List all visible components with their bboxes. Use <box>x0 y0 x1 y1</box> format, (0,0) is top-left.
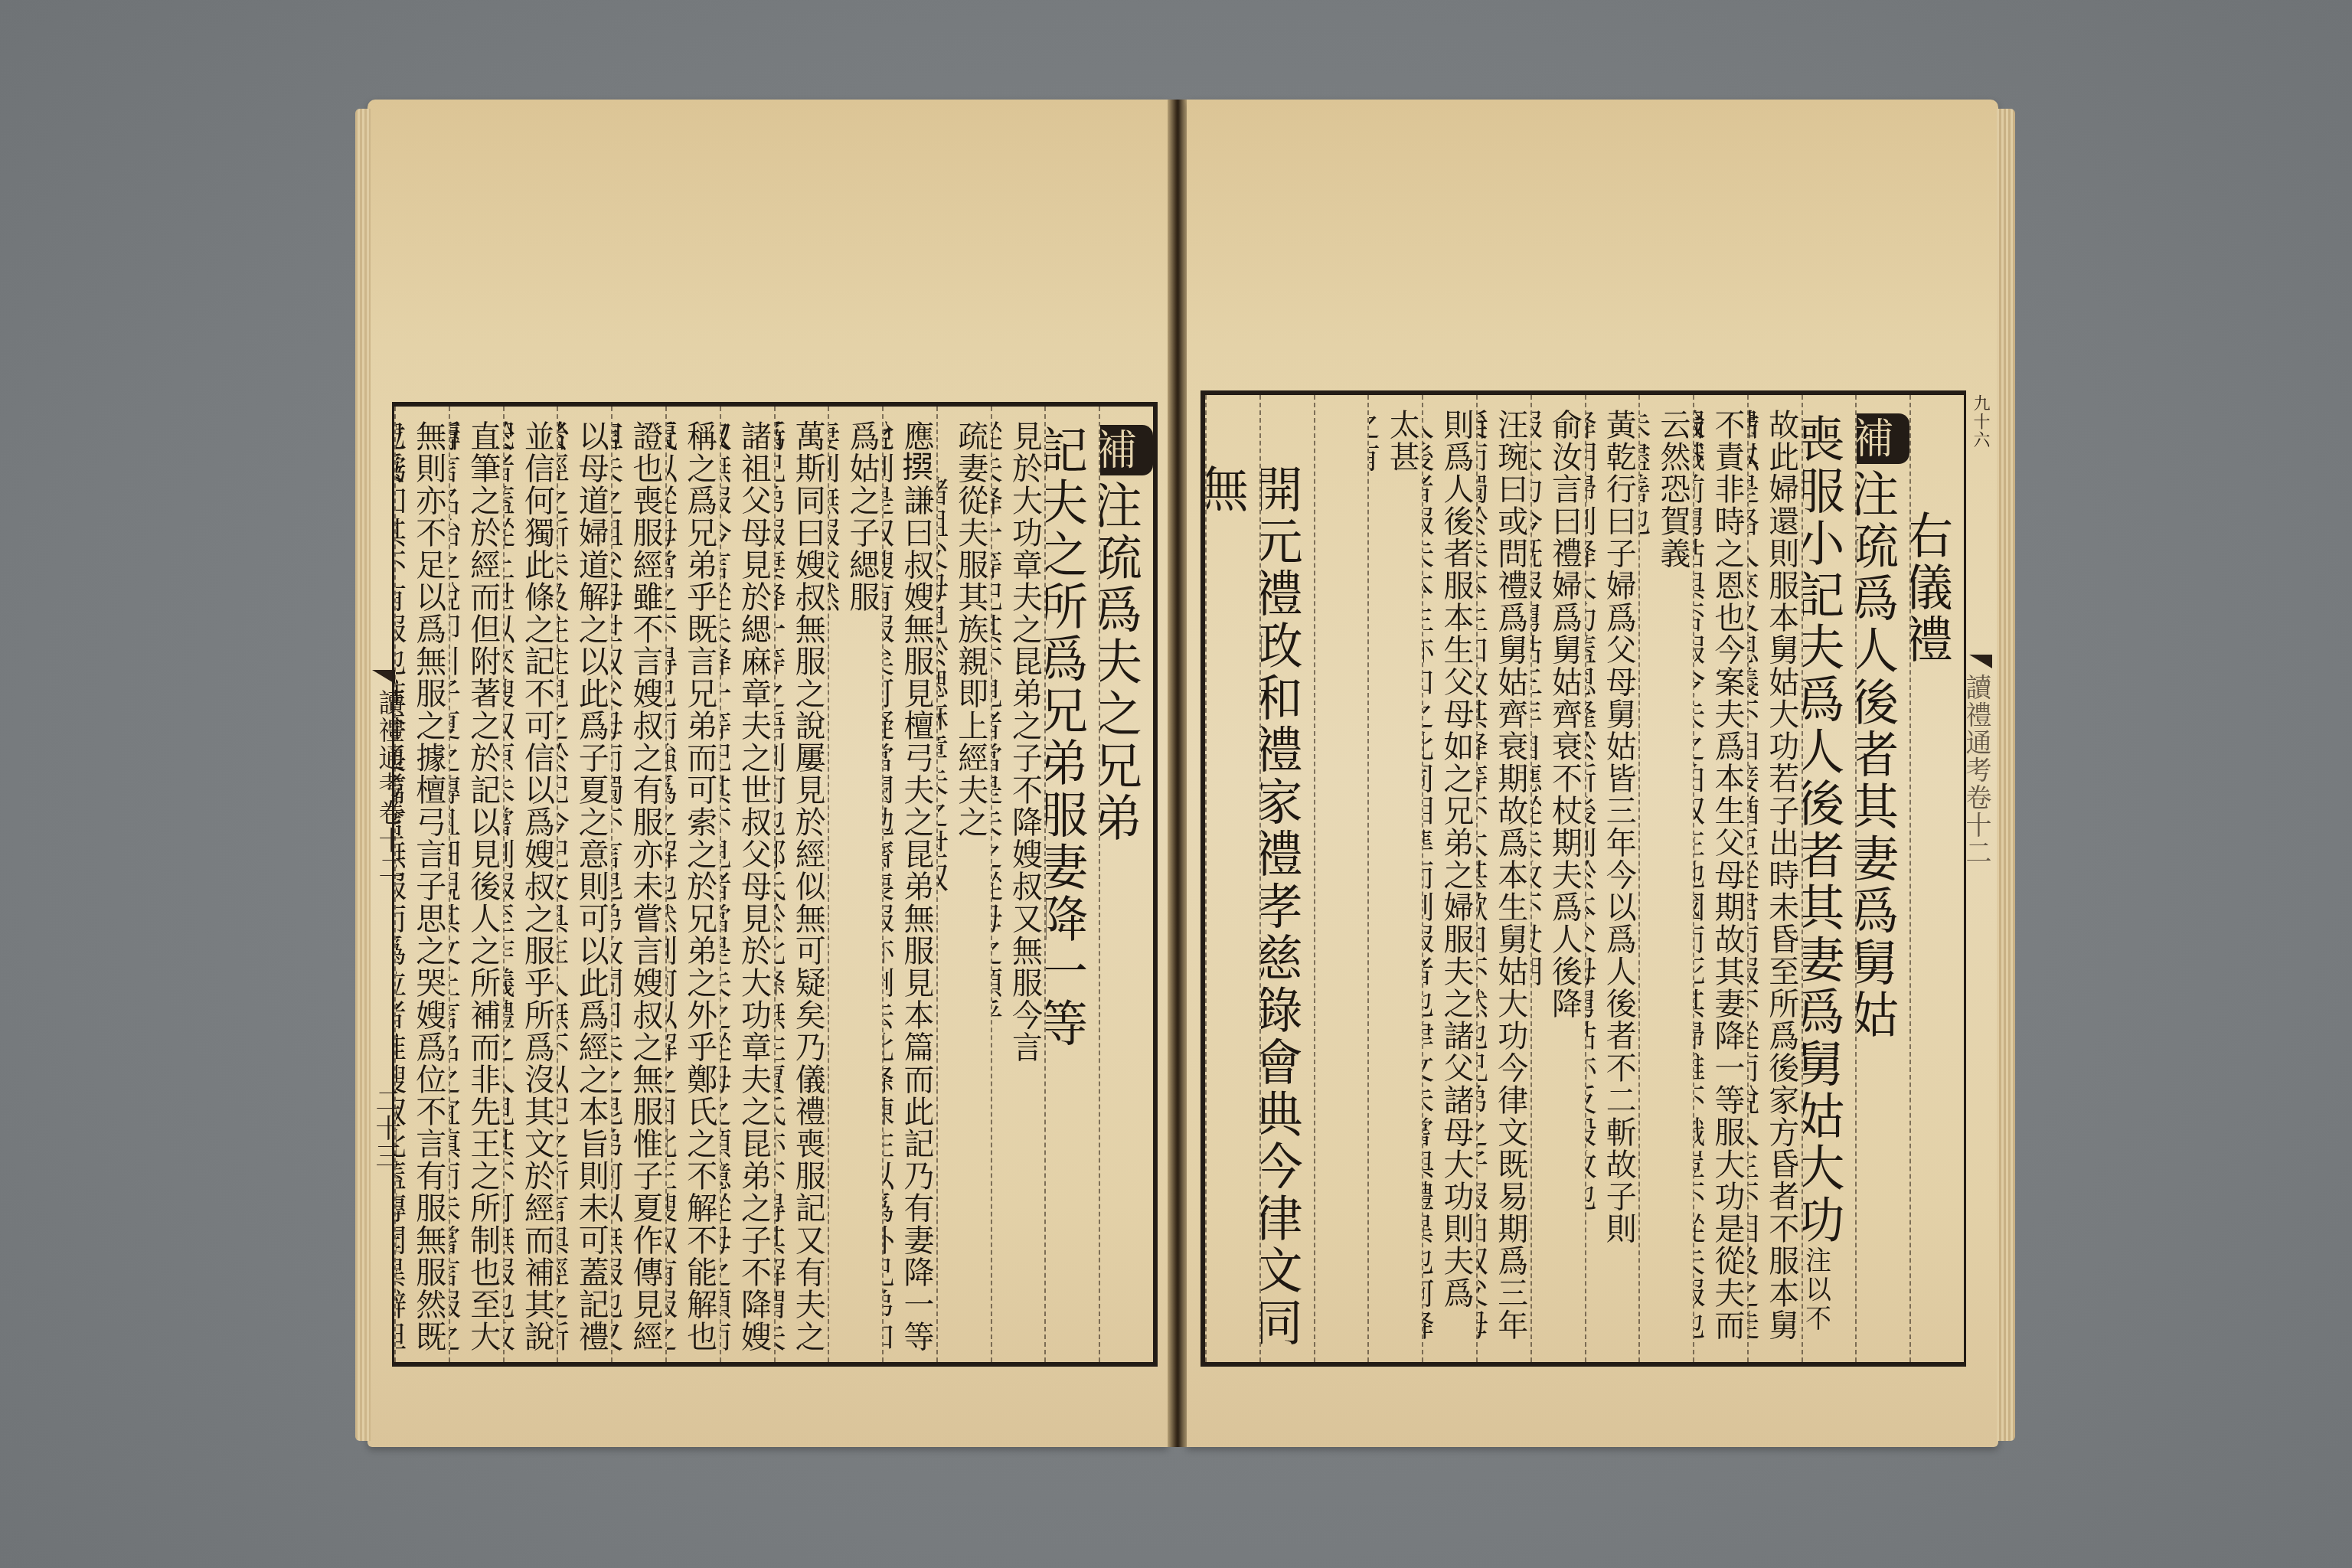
left-text-frame: 補注疏爲夫之兄弟記夫之所爲兄弟服妻降一等見於大功章夫之昆弟之子不降嫂叔又無服今言… <box>392 402 1158 1367</box>
spine-gutter <box>1168 100 1187 1447</box>
commentary-line: 無則亦不足以爲無服之據檀弓言子思之哭嫂爲位不言有服無服然既已爲 <box>409 407 449 1362</box>
commentary-line: 諸祖父母見於緦麻章夫之世叔父母見於大功章夫之昆弟之子不降嫂叔 <box>734 407 774 1362</box>
main-text-column: 開元禮政和禮家禮孝慈錄會典今律文同惟書儀 <box>1259 395 1314 1362</box>
commentary-line: 萬斯同曰嫂叔無服之說屢見於經似無可疑矣乃儀禮喪服記又有夫之所 <box>788 407 828 1362</box>
column-text: 無 <box>1205 464 1248 516</box>
commentary-label: 疏 <box>953 420 988 452</box>
commentary-column: 無則亦不足以爲無服之據檀弓言子思之哭嫂爲位不言有服無服然既已爲位安知其不有服也惟… <box>394 407 449 1362</box>
commentary-line: 見於大功章夫之昆弟之子不降嫂叔又無服今言 <box>1004 407 1044 1362</box>
commentary-line: 服大功今既服舅姑三年自應從夫改不杖期 <box>1530 395 1545 1362</box>
commentary-column: 則爲人後者服本生父母如之兄弟之婦服夫之諸父諸母大功則夫爲人後者服夫本生亦如之此同… <box>1422 395 1476 1362</box>
bu-supplement-badge-icon: 補 <box>1099 425 1153 475</box>
commentary-column: 稱之爲兄弟乎既言兄弟而可索之於兄弟之外乎鄭氏之不解不能解也賈氏以從母當之不得已而… <box>665 407 720 1362</box>
main-text-column: 記夫之所爲兄弟服妻降一等 <box>1044 407 1099 1362</box>
commentary-line: 爲兄弟服妻降一等之語則何也鄭氏於此條無注賈氏亦不得其解謂夫之 <box>774 407 789 1362</box>
commentary-column: 直筆之於經而但附著之於記以見後人之所補而非先王之所制也至大傳所言名治之說即引子夏… <box>449 407 503 1362</box>
commentary-line: 諸祖父母見於緦麻章夫之世叔 <box>936 407 951 1362</box>
commentary-line: 之有 <box>1367 395 1382 1362</box>
column-text: 喪服小記夫爲人後者其妻爲舅姑大功 <box>1802 413 1844 1246</box>
commentary-line: 所言名治之說即引子夏之傳且細觀其文止言名之宜慎而未嘗言服之宜 <box>449 407 463 1362</box>
commentary-line: 云然恐賀義 <box>1653 395 1693 1362</box>
commentary-column: 萬斯同曰嫂叔無服之說屢見於經似無可疑矣乃儀禮喪服記又有夫之所爲兄弟服妻降一等之語… <box>774 407 828 1362</box>
commentary-line: 於經之所未及往往見之於記今記文具在人無不以記之所言與經之所言 <box>557 407 571 1362</box>
commentary-line: 未盡善也 <box>1638 395 1653 1362</box>
right-margin-page-mark: 九十六 <box>1968 394 1992 449</box>
main-text-column: 無 <box>1205 395 1259 1362</box>
commentary-column: 見於大功章夫之昆弟之子不降嫂叔又無服今言從夫降一等記其不見者當是夫之從母之類乎 <box>991 407 1045 1362</box>
commentary-line: 又無服今言從夫降一等記其不見者當是夫之從母之類噫從母之類而可 <box>720 407 734 1362</box>
commentary-line: 人後者服夫本生亦如之此同相準而制服者也律文未嘗與禮異也何降等 <box>1422 395 1436 1362</box>
column-text: 記夫之所爲兄弟服妻降一等 <box>1044 425 1087 1050</box>
commentary-line: 位安知其不有服也惟奔喪篇言無服而爲位者惟嫂叔此蓋傳聞異辭但據 <box>394 407 409 1362</box>
commentary-column: 爲姑之子緦服妻則無服或然 <box>828 407 882 1362</box>
commentary-line: 疏妻從夫服其族親即上經夫之 <box>951 407 991 1362</box>
commentary-column: 疏妻從夫服其族親即上經夫之諸祖父母見於緦麻章夫之世叔 <box>936 407 991 1362</box>
commentary-column: 以母道婦道解之以此爲子夏之意則可以此爲經之本旨則未可蓋記禮者於經之所未及往往見之… <box>557 407 611 1362</box>
left-columns: 補注疏爲夫之兄弟記夫之所爲兄弟服妻降一等見於大功章夫之昆弟之子不降嫂叔又無服今言… <box>394 407 1153 1362</box>
commentary-column: 應𢰅謙曰叔嫂無服見檀弓夫之昆弟無服見本篇而此記乃有妻降一等之說則是叔嫂有服矣可疑… <box>882 407 936 1362</box>
bu-supplement-badge-icon: 補 <box>1855 413 1909 464</box>
commentary-column: 證也喪服經雖不言嫂叔之有服亦未嘗言嫂叔之無服惟子夏作傳見經但言夫之祖父母世叔父母… <box>611 407 665 1362</box>
commentary-line: 從夫降一等記其不見者當是夫之從母之類乎 <box>991 407 1005 1362</box>
commentary-line: 不責非時之恩也今案夫爲本生父母期故其妻降一等服大功是從夫而服不 <box>1707 395 1747 1362</box>
commentary-line: 證也喪服經雖不言嫂叔之有服亦未嘗言嫂叔之無服惟子夏作傳見經但 <box>626 407 665 1362</box>
main-text-column: 右儀禮 <box>1909 395 1964 1362</box>
right-text-frame: 右儀禮補注疏爲人後者其妻爲舅姑喪服小記夫爲人後者其妻爲舅姑大功注以不貳降故此婦還… <box>1200 390 1966 1367</box>
commentary-line: 黃乾行曰子婦爲父母舅姑皆三年今以爲人後者不二斬故子則 <box>1599 395 1638 1362</box>
commentary-column: 不責非時之恩也今案夫爲本生父母期故其妻降一等服大功是從夫而服不論識前舅姑與否假令… <box>1693 395 1747 1362</box>
commentary-column: 黃乾行曰子婦爲父母舅姑皆三年今以爲人後者不二斬故子則降期婦則降大功蓋恩隆於所後則… <box>1585 395 1639 1362</box>
commentary-line: 爲姑之子緦服 <box>842 407 882 1362</box>
open-book: 讀禮通考卷十二 二十三 補注疏爲夫之兄弟記夫之所爲兄弟服妻降一等見於大功章夫之昆… <box>367 100 1998 1447</box>
commentary-line: 說則是叔嫂有服矣可疑當闕勉齋喪服亦删去此條陳注以爲外兄弟如夫 <box>882 407 897 1362</box>
commentary-column: 汪琬曰或問禮爲舅姑齊衰期故爲本生舅姑大功今律文既易期爲三年斬矣而獨於夫本生如故其… <box>1476 395 1530 1362</box>
commentary-line: 太甚 <box>1382 395 1422 1362</box>
commentary-line: 論識前舅姑與否假令夫之伯叔在他國而死其婦雖不識豈不從夫服也熊氏 <box>1693 395 1707 1362</box>
commentary-line: 稱之爲兄弟乎既言兄弟而可索之於兄弟之外乎鄭氏之不解不能解也賈 <box>680 407 720 1362</box>
column-text: 開元禮政和禮家禮孝慈錄會典今律文同惟書儀 <box>1259 464 1302 1349</box>
commentary-line: 應𢰅謙曰叔嫂無服見檀弓夫之昆弟無服見本篇而此記乃有妻降一等之 <box>897 407 936 1362</box>
commentary-column: 太甚之有 <box>1367 395 1422 1362</box>
column-text: 注疏爲人後者其妻爲舅姑 <box>1855 469 1898 1041</box>
left-page: 讀禮通考卷十二 二十三 補注疏爲夫之兄弟記夫之所爲兄弟服妻降一等見於大功章夫之昆… <box>367 100 1168 1447</box>
commentary-line: 氏以從母當之不得已而強爲之解也然則何以解之曰此正嫂叔有服之明 <box>665 407 680 1362</box>
commentary-line: 矣而獨於夫本生如故其降等不太甚歟曰不然也兄弟之子服伯叔父母期 <box>1476 395 1491 1362</box>
commentary-column: 並信何獨此條之記不可信以爲嫂叔之服乎所爲沒其文於經而補其說於記者蓋從上世以來嫂叔… <box>503 407 557 1362</box>
main-text-column: 補注疏爲夫之兄弟 <box>1099 407 1153 1362</box>
commentary-line: 降期婦則降大功蓋恩隆於所後則於本父母舅姑亦反殺故也 <box>1585 395 1599 1362</box>
commentary-line: 婦本是路人來又恩義不相接猶臣從君而服不從而稅人生不相及之徒而皆 <box>1747 395 1762 1362</box>
commentary-column: 俞汝言曰禮婦爲舅姑齊衰不杖期夫爲人後降服大功今既服舅姑三年自應從夫改不杖期 <box>1530 395 1585 1362</box>
left-fore-edge <box>355 109 371 1441</box>
commentary-column: 云然恐賀義未盡善也 <box>1638 395 1693 1362</box>
commentary-line: 俞汝言曰禮婦爲舅姑齊衰不杖期夫爲人後降 <box>1545 395 1585 1362</box>
commentary-line: 故此婦還則服本舅姑大功若子出時未昏至所爲後家方昏者不服本舅姑以 <box>1762 395 1802 1362</box>
right-columns: 右儀禮補注疏爲人後者其妻爲舅姑喪服小記夫爲人後者其妻爲舅姑大功注以不貳降故此婦還… <box>1205 395 1964 1362</box>
blank-column <box>1314 395 1368 1362</box>
right-page: 九十六 讀禮通考卷十二 右儀禮補注疏爲人後者其妻爲舅姑喪服小記夫爲人後者其妻爲舅… <box>1187 100 1998 1447</box>
commentary-text: 妻從夫服其族親即上經夫之 <box>953 452 988 838</box>
commentary-line: 言夫之祖父母世叔父母而獨不言昆弟故問曰夫之昆弟何以無服也又自 <box>611 407 626 1362</box>
fishtail-mark-icon <box>1969 655 1992 668</box>
main-text-column: 喪服小記夫爲人後者其妻爲舅姑大功注以不貳降 <box>1802 395 1856 1362</box>
commentary-line: 汪琬曰或問禮爲舅姑齊衰期故爲本生舅姑大功今律文既易期爲三年斬 <box>1491 395 1530 1362</box>
column-text: 右儀禮 <box>1909 510 1952 666</box>
commentary-line: 記者蓋從上世以來嫂叔原未嘗制服至作儀禮之人見其不可無服也故不 <box>503 407 518 1362</box>
main-text-column: 補注疏爲人後者其妻爲舅姑 <box>1855 395 1909 1362</box>
right-fore-edge <box>1997 109 2015 1441</box>
commentary-column: 諸祖父母見於緦麻章夫之世叔父母見於大功章夫之昆弟之子不降嫂叔又無服今言從夫降一等… <box>720 407 774 1362</box>
commentary-line: 則爲人後者服本生父母如之兄弟之婦服夫之諸父諸母大功則夫爲 <box>1436 395 1476 1362</box>
column-text: 注疏爲夫之兄弟 <box>1099 480 1142 844</box>
commentary-line: 以母道婦道解之以此爲子夏之意則可以此爲經之本旨則未可蓋記禮者 <box>571 407 611 1362</box>
commentary-line: 並信何獨此條之記不可信以爲嫂叔之服乎所爲沒其文於經而補其說於 <box>517 407 557 1362</box>
commentary-line: 直筆之於經而但附著之於記以見後人之所補而非先王之所制也至大傳 <box>463 407 503 1362</box>
commentary-column: 故此婦還則服本舅姑大功若子出時未昏至所爲後家方昏者不服本舅姑以婦本是路人來又恩義… <box>1747 395 1802 1362</box>
commentary-line: 妻則無服或然 <box>828 407 842 1362</box>
